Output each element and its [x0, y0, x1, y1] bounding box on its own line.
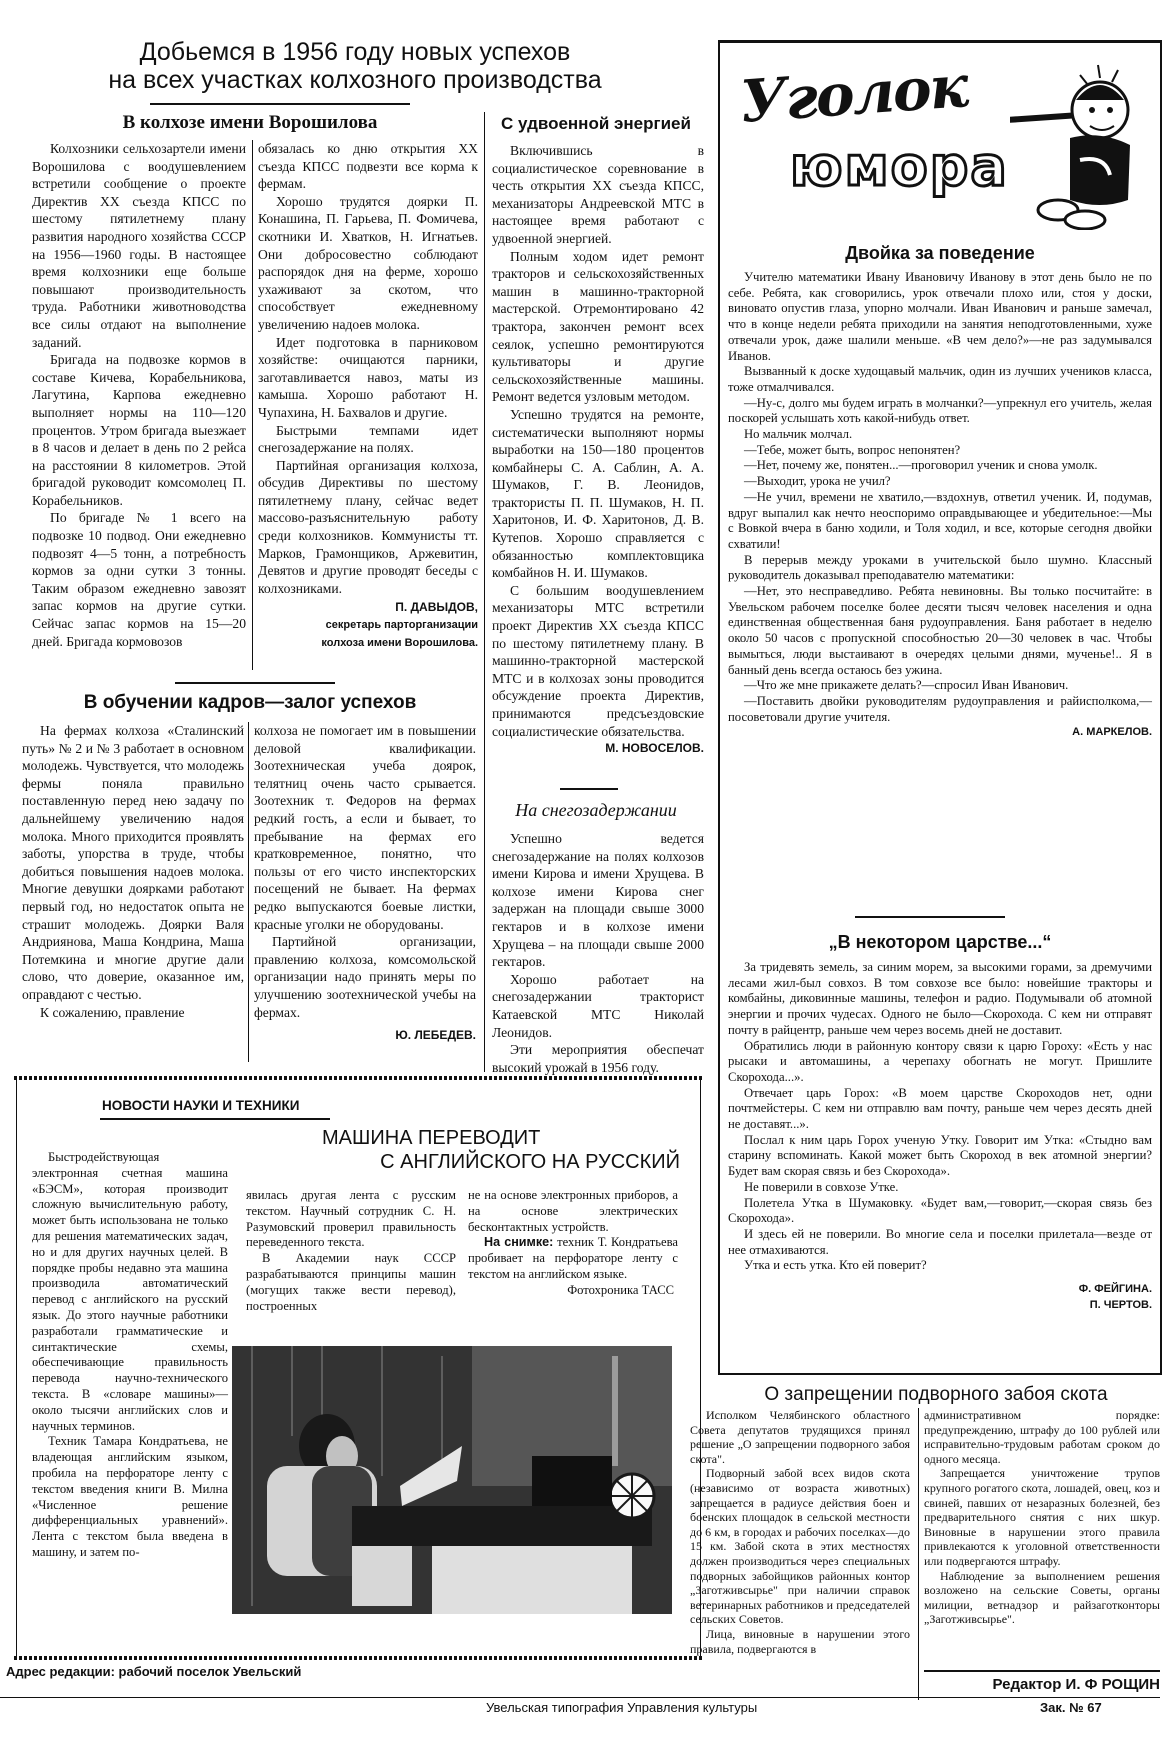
paragraph: явилась другая лента с русским текстом. …: [246, 1188, 456, 1251]
caption-label: На снимке:: [484, 1235, 553, 1249]
paragraph: —Нет, это несправедливо. Ребята невиновн…: [728, 584, 1152, 678]
paragraph: Отвечает царь Горох: «В моем царстве Ско…: [728, 1086, 1152, 1133]
photo-illustration: [232, 1346, 672, 1614]
paragraph: колхоза не помогает им в повышении делов…: [254, 722, 476, 933]
paragraph: Хорошо работает на снегозадержании тракт…: [492, 971, 704, 1041]
article-training-col1: На фермах колхоза «Сталинский путь» № 2 …: [22, 722, 244, 1021]
paragraph: Партийная организация колхоза, обсудив Д…: [258, 457, 478, 598]
paragraph: К сожалению, правление: [22, 1004, 244, 1022]
column-divider: [918, 1408, 919, 1700]
signature-name: П. ДАВЫДОВ,: [258, 599, 478, 617]
paragraph: Идет подготовка в парниковом хозяйстве: …: [258, 334, 478, 422]
editor-credit: Редактор И. Ф РОЩИН: [924, 1676, 1160, 1693]
article-title-snow: На снегозадержании: [490, 800, 702, 821]
paragraph: Подворный забой всех видов скота (незави…: [690, 1466, 910, 1627]
paragraph: Быстродействующая электронная счетная ма…: [32, 1150, 228, 1434]
decree-col2: административном порядке: предупреждению…: [924, 1408, 1160, 1627]
science-title-line-2: С АНГЛИЙСКОГО НА РУССКИЙ: [260, 1150, 680, 1174]
section-divider: [560, 788, 618, 790]
photo-perforator-technician: [232, 1346, 672, 1614]
paragraph: административном порядке: предупреждению…: [924, 1408, 1160, 1466]
humor-story1-title: Двойка за поведение: [722, 243, 1158, 264]
paragraph: Послал к ним царь Горох ученую Утку. Гов…: [728, 1133, 1152, 1180]
paragraph: Обратились люди в районную контору связи…: [728, 1039, 1152, 1086]
headline-line-2: на всех участках колхозного производства: [60, 66, 650, 94]
paragraph: И здесь ей не поверили. Во многие села и…: [728, 1227, 1152, 1258]
science-col2: явилась другая лента с русским текстом. …: [246, 1188, 456, 1314]
signature: М. НОВОСЕЛОВ.: [492, 740, 704, 758]
paragraph: Техник Тамара Кондратьева, не владеющая …: [32, 1434, 228, 1560]
paragraph: Успешно трудятся на ремонте, систематиче…: [492, 406, 704, 582]
science-title: МАШИНА ПЕРЕВОДИТ С АНГЛИЙСКОГО НА РУССКИ…: [260, 1126, 680, 1174]
paragraph: Лица, виновные в нарушении этого правила…: [690, 1627, 910, 1656]
paragraph: В Академии наук СССР разрабатываются при…: [246, 1251, 456, 1314]
article-title-training: В обучении кадров—залог успехов: [20, 692, 480, 714]
paragraph: Утка и есть утка. Кто ей поверит?: [728, 1258, 1152, 1274]
signature: Ф. ФЕЙГИНА.: [728, 1282, 1152, 1298]
footer-address: Адрес редакции: рабочий поселок Увельски…: [6, 1664, 301, 1679]
paragraph: Исполком Челябинского областного Совета …: [690, 1408, 910, 1466]
article-voroshilov-col2: обязалась ко дню открытия XX съезда КПСС…: [258, 140, 478, 652]
signature: П. ЧЕРТОВ.: [728, 1298, 1152, 1314]
paragraph: За тридевять земель, за синим морем, за …: [728, 960, 1152, 1039]
headline-line-1: Добьемся в 1956 году новых успехов: [60, 38, 650, 66]
laughing-man-illustration-icon: [1010, 60, 1150, 230]
article-title-voroshilov: В колхозе имени Ворошилова: [30, 112, 470, 134]
photo-credit: Фотохроника ТАСС: [468, 1283, 678, 1299]
paragraph: —Не учил, времени не хватило,—вздохнув, …: [728, 490, 1152, 553]
footer-order-number: Зак. № 67: [1040, 1700, 1102, 1715]
editor-divider: [924, 1670, 1160, 1672]
article-training-col2: колхоза не помогает им в повышении делов…: [254, 722, 476, 1045]
paragraph: В перерыв между уроками в учительской бы…: [728, 553, 1152, 584]
section-divider: [175, 682, 335, 684]
science-box-bottom-border: [14, 1656, 704, 1660]
paragraph: не на основе электронных приборов, а на …: [468, 1188, 678, 1235]
article-voroshilov-col1: Колхозники сельхозартели имени Ворошилов…: [32, 140, 246, 650]
column-divider: [484, 112, 485, 1072]
science-col3: не на основе электронных приборов, а на …: [468, 1188, 678, 1299]
paragraph: Запрещается уничтожение трупов крупного …: [924, 1466, 1160, 1568]
paragraph: Но мальчик молчал.: [728, 427, 1152, 443]
signature-role: секретарь парторганизации: [258, 617, 478, 635]
humor-logo-line-1: Уголок: [738, 52, 969, 136]
paragraph: Успешно ведется снегозадержание на полях…: [492, 830, 704, 971]
paragraph: Эти мероприятия обеспечат высокий урожай…: [492, 1041, 704, 1076]
signature: Ю. ЛЕБЕДЕВ.: [254, 1027, 476, 1045]
paragraph: —Тебе, может быть, вопрос непонятен?: [728, 443, 1152, 459]
paragraph: Колхозники сельхозартели имени Ворошилов…: [32, 140, 246, 351]
paragraph: —Выходит, урока не учил?: [728, 474, 1152, 490]
footer-rule: [0, 1697, 1160, 1698]
humor-logo-line-2: юмора: [790, 135, 1009, 198]
page-headline: Добьемся в 1956 году новых успехов на вс…: [60, 38, 650, 94]
decree-title: О запрещении подворного забоя скота: [706, 1384, 1166, 1406]
paragraph: Бригада на подвозке кормов в составе Кич…: [32, 351, 246, 509]
decree-col1: Исполком Челябинского областного Совета …: [690, 1408, 910, 1656]
article-title-energy: С удвоенной энергией: [490, 114, 702, 134]
humor-story2-title: „В некотором царстве...“: [722, 932, 1158, 953]
headline-underline: [150, 103, 410, 105]
paragraph: С большим воодушевлением механизаторы МТ…: [492, 582, 704, 740]
paragraph: —Ну-с, долго мы будем играть в молчанки?…: [728, 396, 1152, 427]
science-box-left-border: [16, 1080, 17, 1658]
rubric-underline: [100, 1118, 330, 1120]
science-box-top-border: [14, 1076, 704, 1080]
photo-caption: На снимке: техник Т. Кондратьева пробива…: [468, 1235, 678, 1282]
paragraph: Наблюдение за выполнением решения возлож…: [924, 1569, 1160, 1627]
column-divider: [252, 140, 253, 670]
paragraph: —Нет, почему же, понятен...—проговорил у…: [728, 458, 1152, 474]
paragraph: По бригаде № 1 всего на подвозке 10 подв…: [32, 509, 246, 650]
science-col1: Быстродействующая электронная счетная ма…: [32, 1150, 228, 1561]
paragraph: Партийной организации, правлению колхоза…: [254, 933, 476, 1021]
paragraph: Включившись в социалистическое соревнова…: [492, 142, 704, 248]
humor-story1-body: Учителю математики Ивану Ивановичу Ивано…: [728, 270, 1152, 741]
paragraph: Не поверили в совхозе Утке.: [728, 1180, 1152, 1196]
footer-printer: Увельская типография Управления культуры: [486, 1700, 757, 1715]
paragraph: Вызванный к доске худощавый мальчик, оди…: [728, 364, 1152, 395]
signature-role: колхоза имени Ворошилова.: [258, 635, 478, 653]
signature: А. МАРКЕЛОВ.: [728, 725, 1152, 741]
paragraph: —Что же мне прикажете делать?—спросил Ив…: [728, 678, 1152, 694]
paragraph: Учителю математики Ивану Ивановичу Ивано…: [728, 270, 1152, 364]
science-title-line-1: МАШИНА ПЕРЕВОДИТ: [260, 1126, 680, 1150]
paragraph: обязалась ко дню открытия XX съезда КПСС…: [258, 140, 478, 193]
article-snow-body: Успешно ведется снегозадержание на полях…: [492, 830, 704, 1076]
paragraph: Хорошо трудятся доярки П. Конашина, П. Г…: [258, 193, 478, 334]
paragraph: Полным ходом идет ремонт тракторов и сел…: [492, 248, 704, 406]
humor-story2-body: За тридевять земель, за синим морем, за …: [728, 960, 1152, 1313]
column-divider: [248, 722, 249, 1062]
article-energy-body: Включившись в социалистическое соревнова…: [492, 142, 704, 758]
humor-logo: Уголок юмора: [740, 60, 1140, 230]
paragraph: Быстрыми темпами идет снегозадержание на…: [258, 422, 478, 457]
paragraph: Полетела Утка в Шумаковку. «Будет вам,—г…: [728, 1196, 1152, 1227]
paragraph: —Поставить двойки руководителям рудоупра…: [728, 694, 1152, 725]
science-rubric: НОВОСТИ НАУКИ И ТЕХНИКИ: [102, 1098, 299, 1113]
paragraph: На фермах колхоза «Сталинский путь» № 2 …: [22, 722, 244, 1004]
section-divider: [855, 916, 1005, 918]
